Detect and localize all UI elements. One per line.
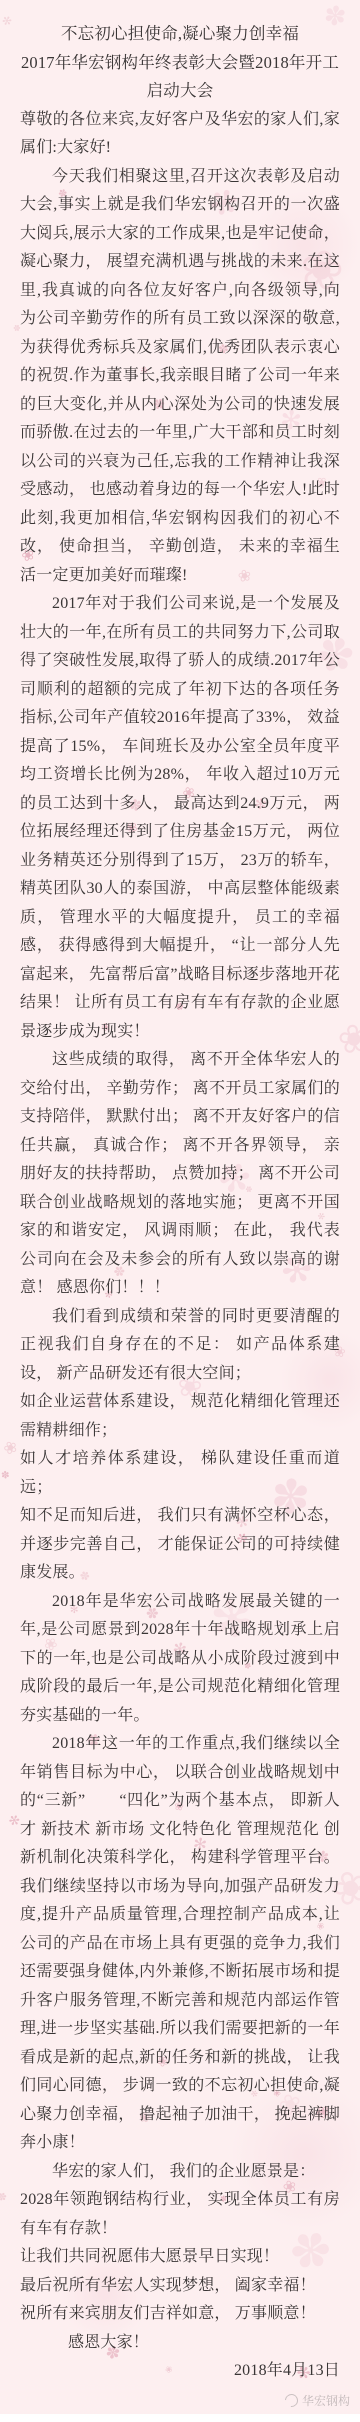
paragraph: 2018年是华宏公司战略发展最关键的一年,是公司愿景到2028年十年战略规划承上… [20, 1588, 340, 1731]
document-body: 尊敬的各位来宾,友好客户及华宏的家人们,家属们:大家好!今天我们相聚这里,召开这… [20, 106, 340, 2358]
document-title-line1: 不忘初心担使命,凝心聚力创幸福 [20, 20, 340, 49]
paragraph: 尊敬的各位来宾,友好客户及华宏的家人们,家属们:大家好! [20, 106, 340, 163]
article-page: ✽❀✻✽❀✻✽❀✻✽❀✻✽❀✻✽❀✻✽❀✻✽❀✻✽❀✻✽❀✻✽❀✻✽❀✻✽❀✻✽… [0, 0, 360, 2422]
company-logo-icon [282, 2391, 300, 2409]
paragraph: 2018年这一年的工作重点,我们继续以全年销售目标为中心， 以联合创业战略规划中… [20, 1730, 340, 2158]
document-date: 2018年4月13日 [20, 2357, 340, 2386]
paragraph: 2028年领跑钢结构行业， 实现全体员工有房有车有存款！ [20, 2186, 340, 2243]
paragraph: 这些成绩的取得， 离不开全体华宏人的交给付出， 辛勤劳作； 离不开员工家属们的支… [20, 1046, 340, 1303]
paragraph: 感恩大家！ [20, 2329, 340, 2358]
paragraph: 2017年对于我们公司来说,是一个发展及壮大的一年,在所有员工的共同努力下,公司… [20, 590, 340, 1046]
paragraph: 如人才培养体系建设， 梯队建设任重而道远； [20, 1445, 340, 1502]
document-title-line2: 2017年华宏钢构年终表彰大会暨2018年开工启动大会 [20, 49, 340, 106]
paragraph: 华宏的家人们， 我们的企业愿景是： [20, 2158, 340, 2187]
paragraph: 知不足而知后进， 我们只有满怀空杯心态， 并逐步完善自己， 才能保证公司的可持续… [20, 1502, 340, 1588]
watermark: 华宏钢构 [285, 2392, 350, 2409]
paragraph: 让我们共同祝愿伟大愿景早日实现！ [20, 2243, 340, 2272]
paragraph: 祝所有来宾朋友们吉祥如意， 万事顺意！ [20, 2300, 340, 2329]
document-content: 不忘初心担使命,凝心聚力创幸福 2017年华宏钢构年终表彰大会暨2018年开工启… [0, 0, 360, 2386]
paragraph: 今天我们相聚这里,召开这次表彰及启动大会,事实上就是我们华宏钢构召开的一次盛大阅… [20, 163, 340, 591]
watermark-label: 华宏钢构 [302, 2392, 350, 2409]
paragraph: 我们看到成绩和荣誉的同时更要清醒的正视我们自身存在的不足： 如产品体系建设， 新… [20, 1303, 340, 1389]
bottom-white-strip [0, 2414, 360, 2422]
paragraph: 如企业运营体系建设， 规范化精细化管理还需精耕细作； [20, 1388, 340, 1445]
paragraph: 最后祝所有华宏人实现梦想， 阖家幸福！ [20, 2272, 340, 2301]
